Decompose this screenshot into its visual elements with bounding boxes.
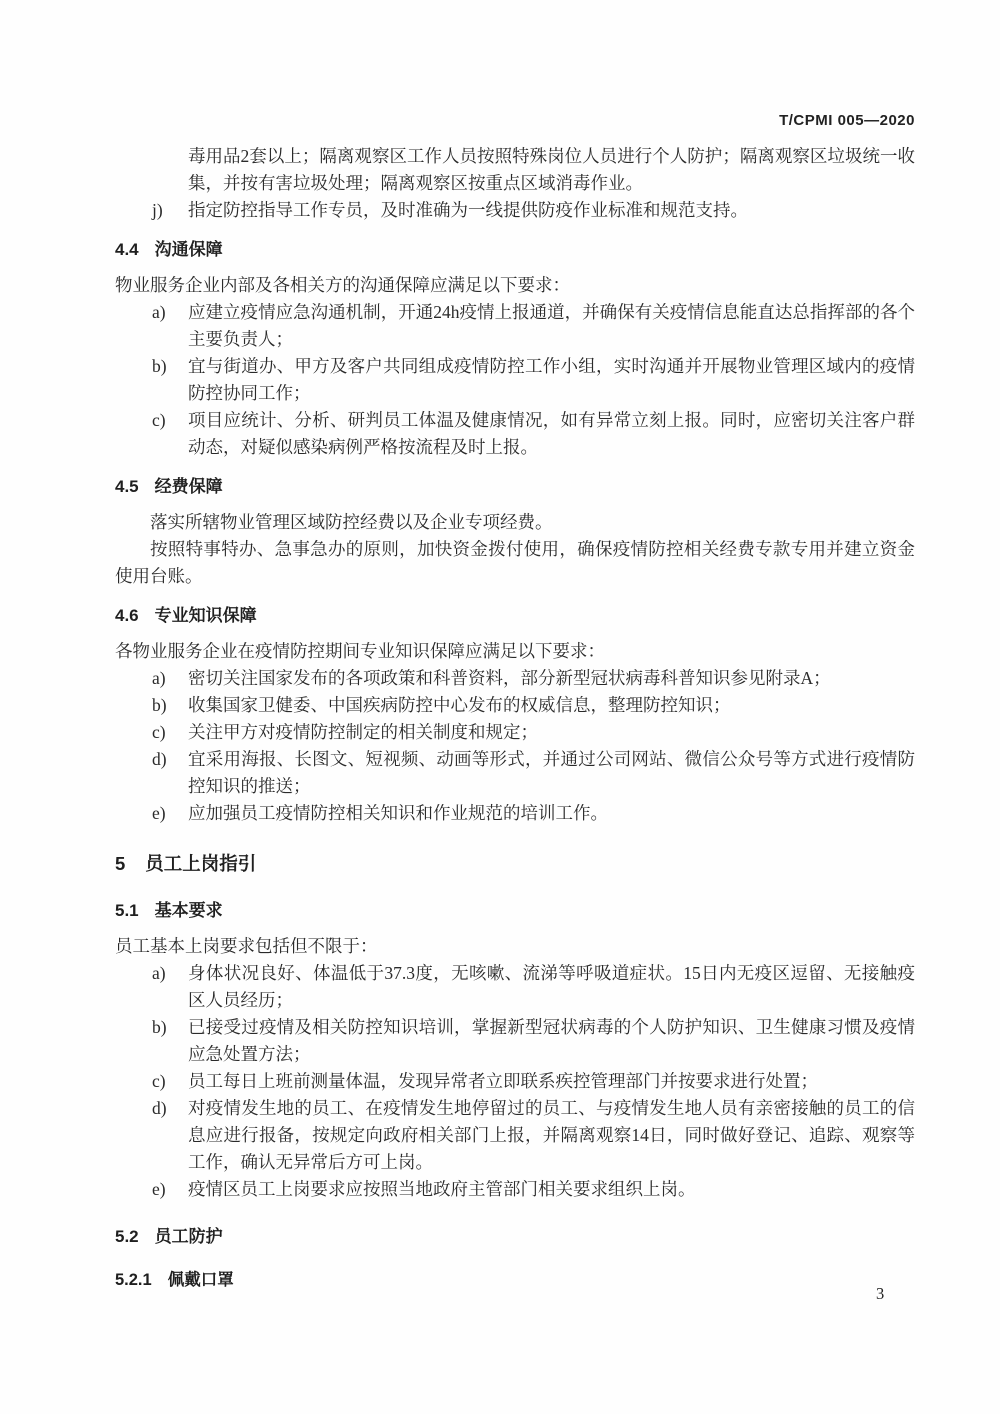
list-item-label: e) (152, 800, 188, 827)
list-item-label: e) (152, 1176, 188, 1203)
list-item-text: 身体状况良好、体温低于37.3度，无咳嗽、流涕等呼吸道症状。15日内无疫区逗留、… (188, 960, 915, 1014)
section-number: 4.5 (115, 475, 139, 499)
list-item-label: a) (152, 960, 188, 1014)
list-item-text: 项目应统计、分析、研判员工体温及健康情况，如有异常立刻上报。同时，应密切关注客户… (188, 407, 915, 461)
list-item: c) 关注甲方对疫情防控制定的相关制度和规定； (152, 719, 915, 746)
section-5-1-intro: 员工基本上岗要求包括但不限于： (115, 933, 915, 960)
list-item: d) 宜采用海报、长图文、短视频、动画等形式，并通过公司网站、微信公众号等方式进… (152, 746, 915, 800)
section-title: 佩戴口罩 (168, 1269, 234, 1291)
list-item-label: d) (152, 746, 188, 800)
page-number: 3 (876, 1284, 884, 1304)
section-number: 5.2 (115, 1225, 139, 1249)
list-item-text: 员工每日上班前测量体温，发现异常者立即联系疾控管理部门并按要求进行处置； (188, 1068, 915, 1095)
list-item: c) 员工每日上班前测量体温，发现异常者立即联系疾控管理部门并按要求进行处置； (152, 1068, 915, 1095)
list-item: a) 密切关注国家发布的各项政策和科普资料，部分新型冠状病毒科普知识参见附录A； (152, 665, 915, 692)
list-item-label: b) (152, 1014, 188, 1068)
list-item-label: d) (152, 1095, 188, 1176)
list-item-label: c) (152, 1068, 188, 1095)
section-heading-4-4: 4.4 沟通保障 (115, 238, 915, 262)
list-item-text: 疫情区员工上岗要求应按照当地政府主管部门相关要求组织上岗。 (188, 1176, 915, 1203)
section-5-1-list: a) 身体状况良好、体温低于37.3度，无咳嗽、流涕等呼吸道症状。15日内无疫区… (115, 960, 915, 1203)
list-item: a) 身体状况良好、体温低于37.3度，无咳嗽、流涕等呼吸道症状。15日内无疫区… (152, 960, 915, 1014)
list-item: b) 收集国家卫健委、中国疾病防控中心发布的权威信息，整理防控知识； (152, 692, 915, 719)
section-title: 员工防护 (155, 1225, 223, 1249)
list-item: e) 疫情区员工上岗要求应按照当地政府主管部门相关要求组织上岗。 (152, 1176, 915, 1203)
list-item-text: 关注甲方对疫情防控制定的相关制度和规定； (188, 719, 915, 746)
list-item-label: c) (152, 407, 188, 461)
list-item-label: a) (152, 665, 188, 692)
list-item-text: 已接受过疫情及相关防控知识培训，掌握新型冠状病毒的个人防护知识、卫生健康习惯及疫… (188, 1014, 915, 1068)
list-item-text: 收集国家卫健委、中国疾病防控中心发布的权威信息，整理防控知识； (188, 692, 915, 719)
list-item-text: 应加强员工疫情防控相关知识和作业规范的培训工作。 (188, 800, 915, 827)
list-item-j: j) 指定防控指导工作专员，及时准确为一线提供防疫作业标准和规范支持。 (152, 197, 915, 224)
list-item-label: a) (152, 299, 188, 353)
list-item: b) 宜与街道办、甲方及客户共同组成疫情防控工作小组，实时沟通并开展物业管理区域… (152, 353, 915, 407)
list-item-text: 宜与街道办、甲方及客户共同组成疫情防控工作小组，实时沟通并开展物业管理区域内的疫… (188, 353, 915, 407)
chapter-title: 员工上岗指引 (145, 851, 256, 877)
section-title: 基本要求 (155, 899, 223, 923)
section-4-4-list: a) 应建立疫情应急沟通机制，开通24h疫情上报通道，并确保有关疫情信息能直达总… (115, 299, 915, 461)
page-content: 毒用品2套以上；隔离观察区工作人员按照特殊岗位人员进行个人防护；隔离观察区垃圾统… (0, 129, 1000, 1291)
list-item: d) 对疫情发生地的员工、在疫情发生地停留过的员工、与疫情发生地人员有亲密接触的… (152, 1095, 915, 1176)
section-4-6-list: a) 密切关注国家发布的各项政策和科普资料，部分新型冠状病毒科普知识参见附录A；… (115, 665, 915, 827)
document-page: T/CPMI 005—2020 毒用品2套以上；隔离观察区工作人员按照特殊岗位人… (0, 0, 1000, 1414)
section-number: 4.4 (115, 238, 139, 262)
section-title: 经费保障 (155, 475, 223, 499)
section-4-5-paragraph: 落实所辖物业管理区域防控经费以及企业专项经费。 (115, 509, 915, 536)
list-item-label: j) (152, 197, 188, 224)
list-item-text: 应建立疫情应急沟通机制，开通24h疫情上报通道，并确保有关疫情信息能直达总指挥部… (188, 299, 915, 353)
list-item-label: c) (152, 719, 188, 746)
section-title: 专业知识保障 (155, 604, 257, 628)
section-heading-4-5: 4.5 经费保障 (115, 475, 915, 499)
list-item-label: b) (152, 692, 188, 719)
section-number: 5.2.1 (115, 1269, 152, 1291)
list-item-text: 密切关注国家发布的各项政策和科普资料，部分新型冠状病毒科普知识参见附录A； (188, 665, 915, 692)
chapter-number: 5 (115, 851, 125, 877)
chapter-heading-5: 5 员工上岗指引 (115, 851, 915, 877)
section-heading-4-6: 4.6 专业知识保障 (115, 604, 915, 628)
list-item: a) 应建立疫情应急沟通机制，开通24h疫情上报通道，并确保有关疫情信息能直达总… (152, 299, 915, 353)
section-heading-5-2: 5.2 员工防护 (115, 1225, 915, 1249)
carryover-paragraph: 毒用品2套以上；隔离观察区工作人员按照特殊岗位人员进行个人防护；隔离观察区垃圾统… (188, 143, 915, 197)
section-4-6-intro: 各物业服务企业在疫情防控期间专业知识保障应满足以下要求： (115, 638, 915, 665)
section-heading-5-2-1: 5.2.1 佩戴口罩 (115, 1269, 915, 1291)
list-item-text: 宜采用海报、长图文、短视频、动画等形式，并通过公司网站、微信公众号等方式进行疫情… (188, 746, 915, 800)
section-heading-5-1: 5.1 基本要求 (115, 899, 915, 923)
standard-code: T/CPMI 005—2020 (779, 112, 915, 129)
page-header: T/CPMI 005—2020 (0, 0, 1000, 129)
list-item-text: 对疫情发生地的员工、在疫情发生地停留过的员工、与疫情发生地人员有亲密接触的员工的… (188, 1095, 915, 1176)
section-4-4-intro: 物业服务企业内部及各相关方的沟通保障应满足以下要求： (115, 272, 915, 299)
list-item-text: 指定防控指导工作专员，及时准确为一线提供防疫作业标准和规范支持。 (188, 197, 915, 224)
section-title: 沟通保障 (155, 238, 223, 262)
section-number: 5.1 (115, 899, 139, 923)
section-4-5-paragraph: 按照特事特办、急事急办的原则，加快资金拨付使用，确保疫情防控相关经费专款专用并建… (115, 536, 915, 590)
section-number: 4.6 (115, 604, 139, 628)
list-item: c) 项目应统计、分析、研判员工体温及健康情况，如有异常立刻上报。同时，应密切关… (152, 407, 915, 461)
list-item: e) 应加强员工疫情防控相关知识和作业规范的培训工作。 (152, 800, 915, 827)
list-item-label: b) (152, 353, 188, 407)
list-item: b) 已接受过疫情及相关防控知识培训，掌握新型冠状病毒的个人防护知识、卫生健康习… (152, 1014, 915, 1068)
